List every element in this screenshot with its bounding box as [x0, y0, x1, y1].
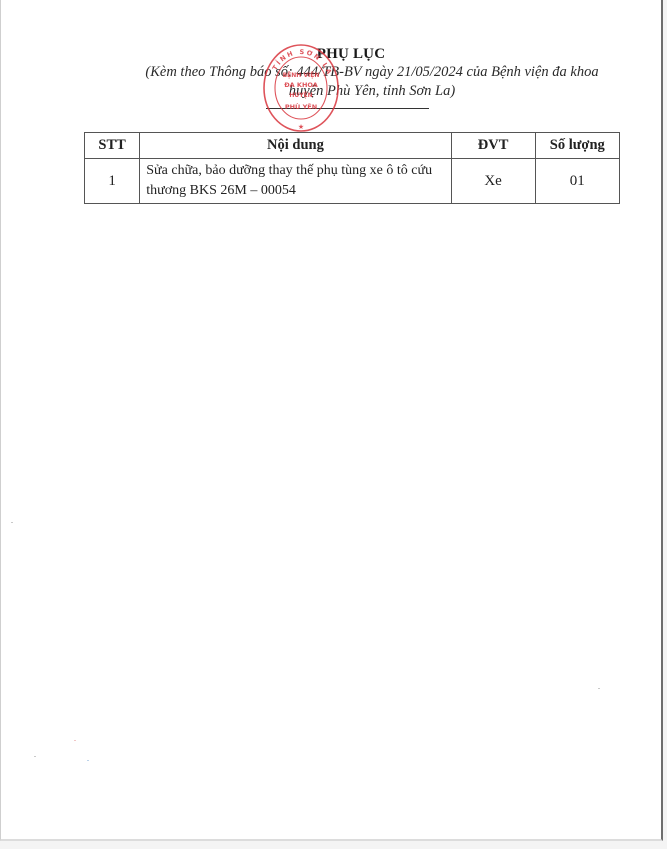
- cell-unit: Xe: [451, 159, 535, 204]
- title-underline: [266, 108, 429, 109]
- cell-quantity: 01: [535, 159, 619, 204]
- cell-stt: 1: [85, 159, 140, 204]
- scan-speck: [87, 760, 89, 761]
- scan-speck: [74, 740, 76, 741]
- header-unit: ĐVT: [451, 133, 535, 159]
- cell-content: Sửa chữa, bảo dưỡng thay thế phụ tùng xe…: [140, 159, 451, 204]
- table-header-row: STT Nội dung ĐVT Số lượng: [85, 133, 620, 159]
- star-icon: ★: [298, 123, 304, 131]
- stamp-line-4: PHÙ YÊN: [285, 102, 317, 111]
- scan-speck: [598, 688, 600, 689]
- appendix-table: STT Nội dung ĐVT Số lượng 1 Sửa chữa, bả…: [84, 132, 620, 204]
- document-subtitle: (Kèm theo Thông báo số: 444/TB-BV ngày 2…: [131, 63, 613, 101]
- scan-speck: [11, 522, 13, 523]
- document-page: PHỤ LỤC (Kèm theo Thông báo số: 444/TB-B…: [0, 0, 663, 841]
- header-stt: STT: [85, 133, 140, 159]
- scan-speck: [34, 756, 36, 757]
- table-row: 1 Sửa chữa, bảo dưỡng thay thế phụ tùng …: [85, 159, 620, 204]
- document-title: PHỤ LỤC: [1, 46, 667, 63]
- header-content: Nội dung: [140, 133, 451, 159]
- header-quantity: Số lượng: [535, 133, 619, 159]
